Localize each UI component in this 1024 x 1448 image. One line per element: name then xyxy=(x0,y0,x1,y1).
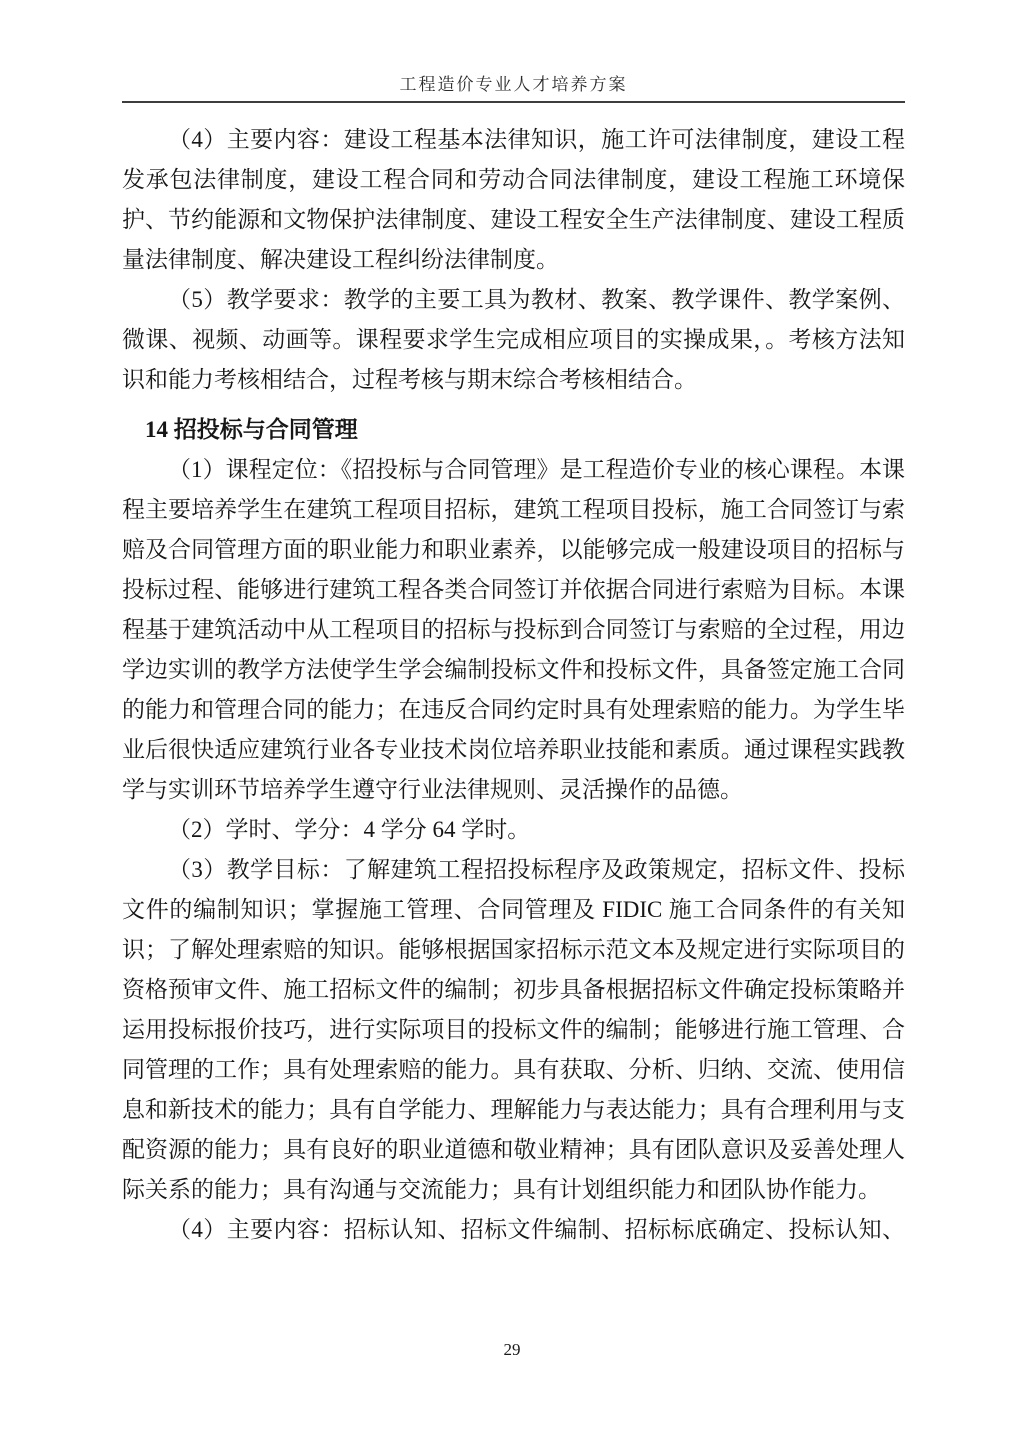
document-body: （4）主要内容：建设工程基本法律知识，施工许可法律制度，建设工程发承包法律制度，… xyxy=(122,120,905,1250)
paragraph-main-content-law: （4）主要内容：建设工程基本法律知识，施工许可法律制度，建设工程发承包法律制度，… xyxy=(122,120,905,280)
paragraph-credit-hours: （2）学时、学分：4 学分 64 学时。 xyxy=(122,810,905,850)
paragraph-main-content-bidding: （4）主要内容：招标认知、招标文件编制、招标标底确定、投标认知、 xyxy=(122,1210,905,1250)
page-number: 29 xyxy=(504,1340,521,1359)
header-rule xyxy=(122,101,905,103)
paragraph-course-position: （1）课程定位：《招投标与合同管理》是工程造价专业的核心课程。本课程主要培养学生… xyxy=(122,450,905,810)
section-heading-bidding-contract-management: 14 招投标与合同管理 xyxy=(122,410,905,450)
page-header: 工程造价专业人才培养方案 xyxy=(122,0,905,103)
paragraph-teaching-goals: （3）教学目标：了解建筑工程招投标程序及政策规定，招标文件、投标文件的编制知识；… xyxy=(122,850,905,1210)
paragraph-teaching-requirements: （5）教学要求：教学的主要工具为教材、教案、教学课件、教学案例、微课、视频、动画… xyxy=(122,280,905,400)
page-footer: 29 xyxy=(0,1340,1024,1360)
document-page: 工程造价专业人才培养方案 （4）主要内容：建设工程基本法律知识，施工许可法律制度… xyxy=(0,0,1024,1448)
header-title: 工程造价专业人才培养方案 xyxy=(122,0,905,95)
